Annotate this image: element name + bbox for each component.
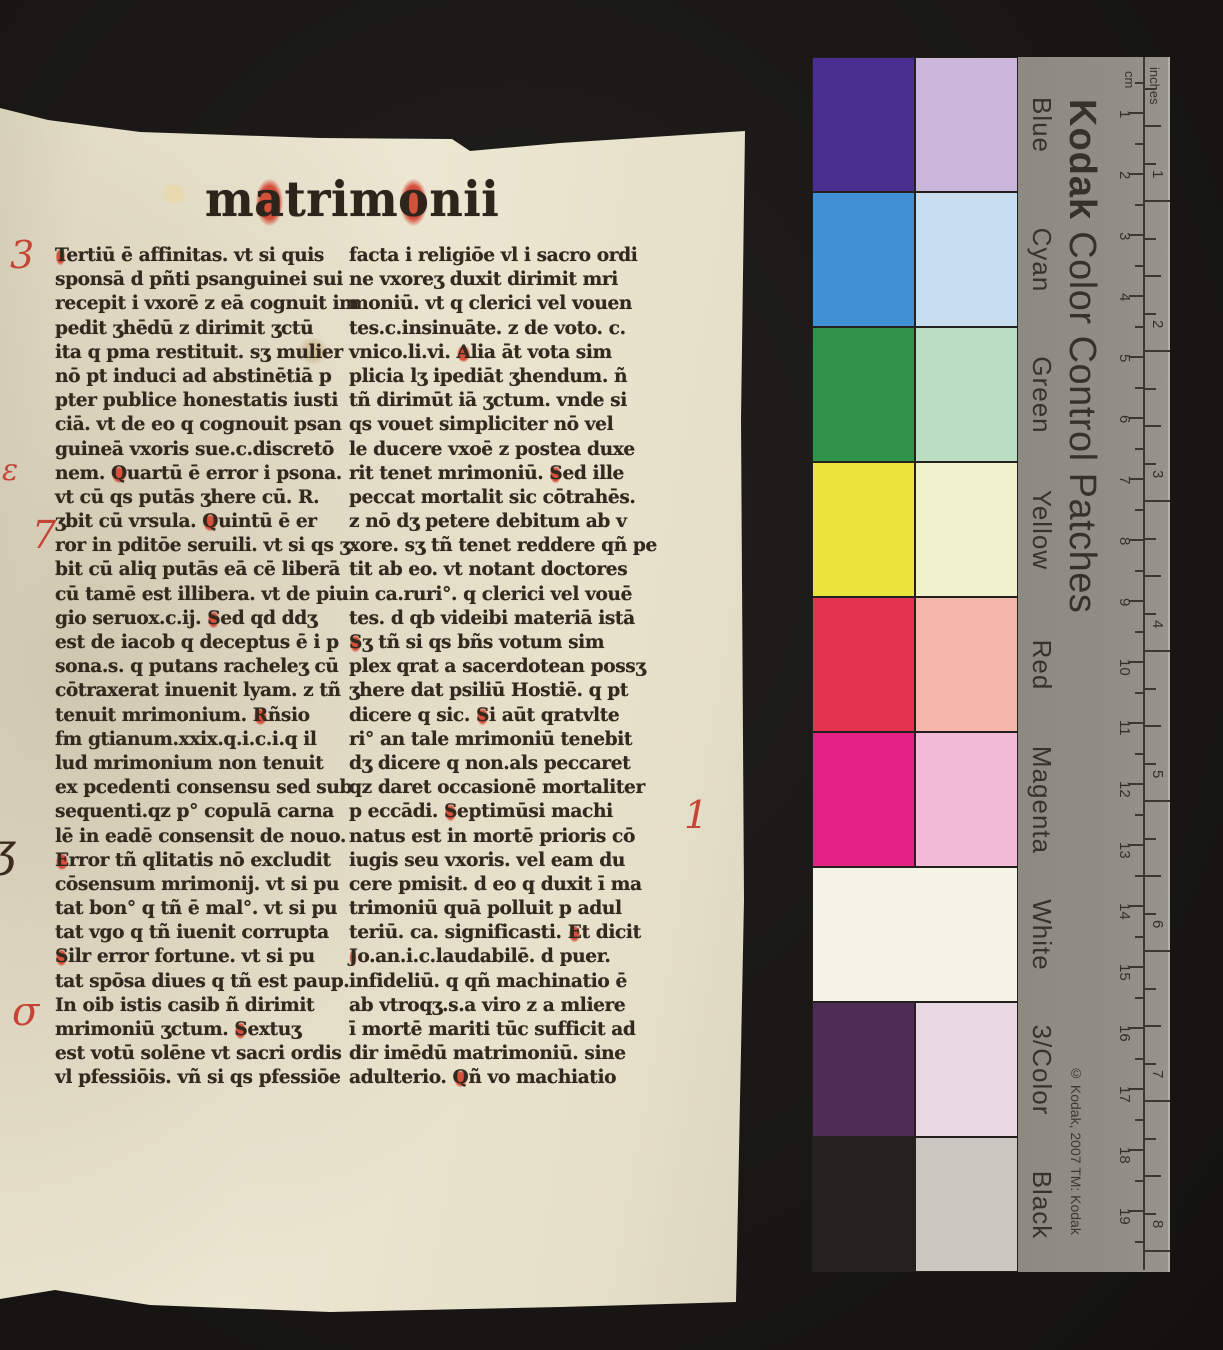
patch-label: Cyan: [1026, 227, 1057, 292]
patch-solid: [813, 463, 914, 596]
text-line: nem. Quartū ē error i psona.: [55, 462, 349, 486]
patch-row-green: [812, 327, 1018, 462]
text-line: teriū. ca. significasti. Et dicit: [349, 921, 643, 945]
text-line: tat vgo q tñ iuenit corrupta: [55, 921, 349, 945]
ruler-tick: [1145, 1175, 1161, 1177]
ruler-tick: [1145, 88, 1156, 90]
patch-pale: [916, 193, 1017, 326]
cm-number: 10: [1116, 659, 1133, 676]
ruler-tick: [1135, 265, 1143, 267]
text-line: ror in pditōe seruili. vt si qs ʒ: [55, 534, 349, 558]
ruler-tick: [1135, 1241, 1143, 1243]
ruler-tick: [1145, 1025, 1161, 1027]
text-line: tñ dirimūt iā ʒctum. vnde si: [349, 389, 643, 413]
text-line: gio seruox.c.ij. Sed qd ddʒ: [55, 607, 349, 631]
ruler-tick: [1145, 350, 1170, 352]
copyright-text: © Kodak, 2007 TM: Kodak: [1068, 1065, 1084, 1235]
text-line: ī mortē mariti tūc sufficit ad: [349, 1018, 643, 1042]
ruler-tick: [1145, 1213, 1156, 1215]
text-line: tes.c.insinuāte. z de voto. c.: [349, 317, 643, 341]
patch-label: 3/Color: [1026, 1024, 1057, 1115]
text-line: mrimoniū ʒctum. Sextuʒ: [55, 1018, 349, 1042]
text-line: ciā. vt de eo q cognouit psan: [55, 413, 349, 437]
text-line: sponsā d pñti psanguinei sui: [55, 268, 349, 292]
patch-label: White: [1026, 899, 1057, 970]
text-line: plicia lʒ ipediāt ʒhendum. ñ: [349, 365, 643, 389]
photo-of-incunabulum-page: { "page": { "title": "m{r}a{/r}trim{r}o{…: [0, 0, 1223, 1350]
text-line: in ca.ruri°. q clerici vel vouē: [349, 583, 643, 607]
patch-solid: [813, 1138, 914, 1271]
text-line: ʒbit cū vrsula. Quintū ē er: [55, 510, 349, 534]
inch-number: 6: [1149, 920, 1166, 928]
text-line: Tertiū ē affinitas. vt si quis: [55, 244, 349, 268]
cm-number: 9: [1116, 598, 1133, 606]
text-line: trimoniū quā polluit p adul: [349, 897, 643, 921]
ruler-tick: [1145, 500, 1170, 502]
text-line: facta i religiōe vl i sacro ordi: [349, 244, 643, 268]
patch-row-black: [812, 1137, 1018, 1272]
text-line: tat spōsa diues q tñ est paup.: [55, 970, 349, 994]
cm-number: 1: [1116, 110, 1133, 118]
text-line: dicere q sic. Si aūt qratvlte: [349, 704, 643, 728]
ruler-tick: [1145, 125, 1161, 127]
text-line: rit tenet mrimoniū. Sed ille: [349, 462, 643, 486]
ruler-tick: [1145, 613, 1156, 615]
ruler-tick: [1145, 1100, 1170, 1102]
ruler-tick: [1135, 875, 1143, 877]
color-patches: [812, 57, 1018, 1272]
text-line: ita q pma restituit. sʒ mulier: [55, 341, 349, 365]
patch-pale: [916, 58, 1017, 191]
text-line: tes. d qb videibi materiā istā: [349, 607, 643, 631]
text-line: lē in eadē consensit de nouo.: [55, 825, 349, 849]
cm-scale-label: cm: [1122, 71, 1137, 88]
text-line: lud mrimonium non tenuit: [55, 752, 349, 776]
text-line: ri° an tale mrimoniū tenebit: [349, 728, 643, 752]
ruler-tick: [1145, 538, 1156, 540]
text-line: est votū solēne vt sacri ordis: [55, 1042, 349, 1066]
text-line: Sʒ tñ si qs bñs votum sim: [349, 631, 643, 655]
text-line: le ducere vxoē z postea duxe: [349, 438, 643, 462]
ruler-tick: [1135, 82, 1143, 84]
margin-mark: 3: [10, 236, 34, 274]
margin-mark: 1: [684, 796, 708, 834]
text-line: vl pfessiōis. vñ si qs pfessiōe: [55, 1066, 349, 1090]
ruler-tick: [1145, 238, 1156, 240]
text-line: qz daret occasionē mortaliter: [349, 776, 643, 800]
cm-number: 8: [1116, 537, 1133, 545]
patch-pale: [916, 598, 1017, 731]
text-line: z nō dʒ petere debitum ab v: [349, 510, 643, 534]
ruler-tick: [1135, 448, 1143, 450]
inch-number: 4: [1149, 620, 1166, 628]
ruler-tick: [1145, 1063, 1156, 1065]
ruler-tick: [1145, 913, 1156, 915]
ruler-tick: [1135, 509, 1143, 511]
ruler-tick: [1145, 275, 1161, 277]
text-line: ab vtroqʒ.s.a viro z a mliere: [349, 994, 643, 1018]
manuscript-page: matrimonii Tertiū ē affinitas. vt si qui…: [0, 0, 762, 1350]
patch-solid: [813, 598, 914, 731]
text-line: nō pt induci ad abstinētiā p: [55, 365, 349, 389]
text-line: cōtraxerat inuenit lyam. z tñ: [55, 679, 349, 703]
inch-number: 2: [1149, 320, 1166, 328]
patch-solid: [813, 193, 914, 326]
patch-solid: [813, 868, 1017, 1001]
patch-pale: [916, 733, 1017, 866]
text-line: p eccādi. Septimūsi machi: [349, 800, 643, 824]
text-line: est de iacob q deceptus ē i p: [55, 631, 349, 655]
margin-mark: ɛ: [2, 456, 18, 486]
ruler-tick: [1135, 570, 1143, 572]
ruler-tick: [1135, 387, 1143, 389]
ruler-tick: [1135, 204, 1143, 206]
text-line: peccat mortalit sic cōtrahēs.: [349, 486, 643, 510]
ruler-tick: [1145, 800, 1170, 802]
text-line: vt cū qs putās ʒhere cū. R.: [55, 486, 349, 510]
cm-number: 7: [1116, 476, 1133, 484]
margin-mark: σ: [12, 992, 39, 1032]
page-title: matrimonii: [205, 170, 499, 227]
patch-label: Magenta: [1026, 745, 1057, 853]
cm-number: 3: [1116, 232, 1133, 240]
text-line: qs vouet simpliciter nō vel: [349, 413, 643, 437]
patch-solid: [813, 328, 914, 461]
ruler-tick: [1145, 1250, 1170, 1252]
patch-label: Yellow: [1026, 489, 1057, 569]
kodak-color-target: BlueCyanGreenYellowRedMagentaWhite3/Colo…: [812, 57, 1170, 1272]
patch-solid: [813, 58, 914, 191]
paper-speck: [737, 1255, 742, 1260]
patch-row-red: [812, 597, 1018, 732]
patch-label: Blue: [1026, 96, 1057, 152]
ruler-tick: [1135, 1180, 1143, 1182]
patch-label: Green: [1026, 356, 1057, 433]
inch-number: 1: [1149, 170, 1166, 178]
paper-stain: [160, 184, 188, 204]
ruler-tick: [1135, 814, 1143, 816]
cm-number: 6: [1116, 415, 1133, 423]
ruler-tick: [1135, 753, 1143, 755]
inch-number: 8: [1149, 1220, 1166, 1228]
kodak-brand-text: Kodak Color Control Patches: [1060, 99, 1103, 613]
margin-mark: ʒ: [0, 826, 16, 872]
margin-mark: 7: [32, 516, 56, 554]
text-line: sequenti.qz p° copulā carna: [55, 800, 349, 824]
cm-number: 2: [1116, 171, 1133, 179]
text-line: ne vxoreʒ duxit dirimit mri: [349, 268, 643, 292]
ruler-tick: [1145, 463, 1156, 465]
patch-pale: [916, 328, 1017, 461]
text-line: natus est in mortē prioris cō: [349, 825, 643, 849]
ruler-tick: [1145, 388, 1156, 390]
cm-number: 5: [1116, 354, 1133, 362]
brand-suffix: Color Control Patches: [1061, 220, 1103, 613]
ruler-tick: [1145, 875, 1161, 877]
patch-row-magenta: [812, 732, 1018, 867]
ruler-tick: [1145, 650, 1170, 652]
patch-label: Black: [1026, 1170, 1057, 1239]
patch-label: Red: [1026, 639, 1057, 690]
ruler-tick: [1145, 688, 1156, 690]
cm-number: 19: [1116, 1208, 1133, 1225]
text-line: pedit ʒhēdū z dirimit ʒctū: [55, 317, 349, 341]
text-column-right: facta i religiōe vl i sacro ordine vxore…: [349, 244, 643, 1091]
ruler-tick: [1145, 988, 1156, 990]
ruler-tick: [1135, 631, 1143, 633]
ruler-tick: [1135, 326, 1143, 328]
cm-number: 4: [1116, 293, 1133, 301]
text-column-left: Tertiū ē affinitas. vt si quissponsā d p…: [55, 244, 349, 1091]
text-line: cōsensum mrimonij. vt si pu: [55, 873, 349, 897]
text-line: bit cū aliq putās eā cē liberā: [55, 558, 349, 582]
patch-pale: [916, 463, 1017, 596]
text-line: ʒhere dat psiliū Hostiē. q pt: [349, 679, 643, 703]
ruler-tick: [1145, 200, 1170, 202]
ruler-tick: [1145, 1138, 1156, 1140]
text-line: tit ab eo. vt notant doctores: [349, 558, 643, 582]
text-line: iugis seu vxoris. vel eam du: [349, 849, 643, 873]
patch-row-3-color: [812, 1002, 1018, 1137]
text-line: Jo.an.i.c.laudabilē. d puer.: [349, 945, 643, 969]
patch-row-yellow: [812, 462, 1018, 597]
text-line: vnico.li.vi. Alia āt vota sim: [349, 341, 643, 365]
ruler-tick: [1145, 950, 1170, 952]
patch-solid: [813, 1003, 914, 1136]
ruler-tick: [1135, 692, 1143, 694]
patch-pale: [916, 1003, 1017, 1136]
inch-number: 5: [1149, 770, 1166, 778]
text-line: cere pmisit. d eo q duxit ī ma: [349, 873, 643, 897]
cm-number: 15: [1116, 964, 1133, 981]
text-line: sona.s. q putans racheleʒ cū: [55, 655, 349, 679]
cm-number: 11: [1116, 720, 1133, 736]
text-line: Silr error fortune. vt si pu: [55, 945, 349, 969]
ruler-tick: [1145, 725, 1161, 727]
label-bar: BlueCyanGreenYellowRedMagentaWhite3/Colo…: [1018, 57, 1170, 1272]
ruler-tick: [1135, 997, 1143, 999]
text-line: tenuit mrimonium. Rñsio: [55, 704, 349, 728]
patch-solid: [813, 733, 914, 866]
patch-pale: [916, 1138, 1017, 1271]
cm-number: 14: [1116, 903, 1133, 920]
ruler-tick: [1135, 1119, 1143, 1121]
text-line: cū tamē est illibera. vt de piu: [55, 583, 349, 607]
patch-row-white: [812, 867, 1018, 1002]
text-line: guineā vxoris sue.c.discretō: [55, 438, 349, 462]
cm-number: 16: [1116, 1025, 1133, 1042]
paper-speck: [742, 1283, 747, 1288]
ruler-tick: [1145, 838, 1156, 840]
text-line: dʒ dicere q non.als peccaret: [349, 752, 643, 776]
text-line: xore. sʒ tñ tenet reddere qñ pe: [349, 534, 643, 558]
text-line: recepit i vxorē z eā cognuit im: [55, 292, 349, 316]
text-line: plex qrat a sacerdotean possʒ: [349, 655, 643, 679]
ruler-tick: [1145, 425, 1161, 427]
text-line: pter publice honestatis iusti: [55, 389, 349, 413]
text-line: ex pcedenti consensu sed sub: [55, 776, 349, 800]
inch-number: 3: [1149, 470, 1166, 478]
text-line: moniū. vt q clerici vel vouen: [349, 292, 643, 316]
text-line: infideliū. q qñ machinatio ē: [349, 970, 643, 994]
text-line: fm gtianum.xxix.q.i.c.i.q il: [55, 728, 349, 752]
text-line: Error tñ qlitatis nō excludit: [55, 849, 349, 873]
ruler-tick: [1135, 143, 1143, 145]
ruler-tick: [1145, 313, 1156, 315]
text-line: adulterio. Qñ vo machiatio: [349, 1066, 643, 1090]
cm-number: 18: [1116, 1147, 1133, 1164]
text-line: tat bon° q tñ ē mal°. vt si pu: [55, 897, 349, 921]
patch-row-blue: [812, 57, 1018, 192]
ruler-tick: [1135, 936, 1143, 938]
inches-scale-label: inches: [1147, 67, 1162, 105]
text-line: In oib istis casib ñ dirimit: [55, 994, 349, 1018]
inch-number: 7: [1149, 1070, 1166, 1078]
patch-row-cyan: [812, 192, 1018, 327]
ruler-tick: [1145, 163, 1156, 165]
cm-number: 12: [1116, 781, 1133, 798]
kodak-wordmark: Kodak: [1061, 99, 1103, 220]
ruler-tick: [1145, 575, 1161, 577]
ruler-tick: [1145, 763, 1156, 765]
ruler-tick: [1135, 1058, 1143, 1060]
cm-number: 13: [1116, 842, 1133, 859]
cm-number: 17: [1116, 1086, 1133, 1103]
text-line: dir imēdū matrimoniū. sine: [349, 1042, 643, 1066]
